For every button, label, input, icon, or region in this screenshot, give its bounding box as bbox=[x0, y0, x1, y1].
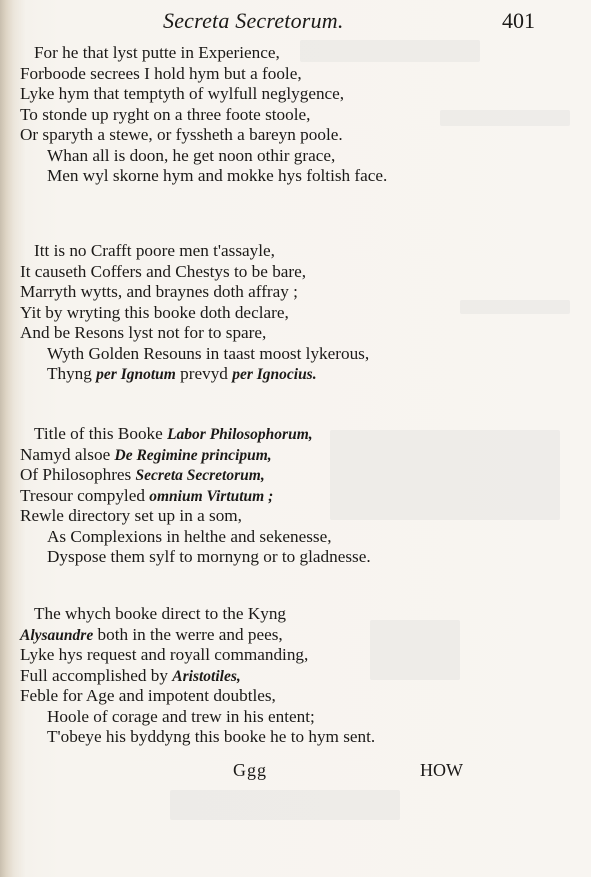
verse-line: Wyth Golden Resouns in taast moost lyker… bbox=[47, 344, 369, 364]
page-footer: Ggg HOW bbox=[0, 760, 591, 786]
verse-line: Men wyl skorne hym and mokke hys foltish… bbox=[47, 166, 387, 186]
verse-text: Itt is no Crafft poore men t'assayle, bbox=[34, 241, 275, 260]
verse-text: It causeth Coffers and Chestys to be bar… bbox=[20, 262, 306, 281]
verse-text: prevyd bbox=[176, 364, 232, 383]
running-title: Secreta Secretorum. bbox=[163, 8, 344, 34]
verse-text: T'obeye his byddyng this booke he to hym… bbox=[47, 727, 375, 746]
verse-text: Men wyl skorne hym and mokke hys foltish… bbox=[47, 166, 387, 185]
italic-latin-phrase: Secreta Secretorum, bbox=[136, 467, 265, 484]
verse-line: Title of this Booke Labor Philosophorum, bbox=[34, 424, 313, 445]
verse-text: To stonde up ryght on a three foote stoo… bbox=[20, 105, 310, 124]
verse-text: Rewle directory set up in a som, bbox=[20, 506, 242, 525]
verse-text: Feble for Age and impotent doubtles, bbox=[20, 686, 276, 705]
verse-text: Tresour compyled bbox=[20, 486, 149, 505]
italic-latin-phrase: omnium Virtutum ; bbox=[149, 488, 273, 505]
verse-text: The whych booke direct to the Kyng bbox=[34, 604, 286, 623]
verse-text: both in the werre and pees, bbox=[93, 625, 282, 644]
verse-line: To stonde up ryght on a three foote stoo… bbox=[20, 105, 310, 125]
verse-line: Thyng per Ignotum prevyd per Ignocius. bbox=[47, 364, 317, 385]
verse-line: Whan all is doon, he get noon othir grac… bbox=[47, 146, 335, 166]
verse-line: Full accomplished by Aristotiles, bbox=[20, 666, 241, 687]
verse-text: Of Philosophres bbox=[20, 465, 136, 484]
verse-text: And be Resons lyst not for to spare, bbox=[20, 323, 266, 342]
verse-text: For he that lyst putte in Experience, bbox=[34, 43, 280, 62]
verse-line: The whych booke direct to the Kyng bbox=[34, 604, 286, 624]
verse-text: Namyd alsoe bbox=[20, 445, 115, 464]
italic-latin-phrase: Alysaundre bbox=[20, 627, 93, 644]
verse-line: Feble for Age and impotent doubtles, bbox=[20, 686, 276, 706]
running-head: Secreta Secretorum. 401 bbox=[0, 4, 591, 38]
verse-line: Yit by wryting this booke doth declare, bbox=[20, 303, 289, 323]
signature-mark: Ggg bbox=[233, 760, 267, 781]
verse-text: Hoole of corage and trew in his entent; bbox=[47, 707, 315, 726]
verse-text: As Complexions in helthe and sekenesse, bbox=[47, 527, 332, 546]
verse-line: Or sparyth a stewe, or fyssheth a bareyn… bbox=[20, 125, 343, 145]
verse-line: Alysaundre both in the werre and pees, bbox=[20, 625, 283, 646]
verse-text: Forboode secrees I hold hym but a foole, bbox=[20, 64, 302, 83]
verse-line: Marryth wytts, and braynes doth affray ; bbox=[20, 282, 298, 302]
verse-text: Whan all is doon, he get noon othir grac… bbox=[47, 146, 335, 165]
page-number: 401 bbox=[502, 8, 535, 34]
verse-line: Hoole of corage and trew in his entent; bbox=[47, 707, 315, 727]
italic-latin-phrase: per Ignotum bbox=[96, 366, 176, 383]
verse-text: Title of this Booke bbox=[34, 424, 167, 443]
show-through-mark bbox=[440, 110, 570, 126]
verse-line: Forboode secrees I hold hym but a foole, bbox=[20, 64, 302, 84]
verse-line: Of Philosophres Secreta Secretorum, bbox=[20, 465, 265, 486]
italic-latin-phrase: Labor Philosophorum, bbox=[167, 426, 313, 443]
verse-line: Namyd alsoe De Regimine principum, bbox=[20, 445, 272, 466]
verse-line: T'obeye his byddyng this booke he to hym… bbox=[47, 727, 375, 747]
verse-line: Tresour compyled omnium Virtutum ; bbox=[20, 486, 273, 507]
catchword: HOW bbox=[420, 760, 463, 781]
verse-line: And be Resons lyst not for to spare, bbox=[20, 323, 266, 343]
verse-line: Itt is no Crafft poore men t'assayle, bbox=[34, 241, 275, 261]
verse-text: Lyke hym that temptyth of wylfull neglyg… bbox=[20, 84, 344, 103]
show-through-mark bbox=[460, 300, 570, 314]
verse-text: Wyth Golden Resouns in taast moost lyker… bbox=[47, 344, 369, 363]
verse-line: Rewle directory set up in a som, bbox=[20, 506, 242, 526]
verse-text: Dyspose them sylf to mornyng or to gladn… bbox=[47, 547, 371, 566]
book-page: Secreta Secretorum. 401 For he that lyst… bbox=[0, 0, 591, 877]
verse-line: It causeth Coffers and Chestys to be bar… bbox=[20, 262, 306, 282]
italic-latin-phrase: De Regimine principum, bbox=[115, 447, 272, 464]
verse-line: As Complexions in helthe and sekenesse, bbox=[47, 527, 332, 547]
verse-text: Full accomplished by bbox=[20, 666, 172, 685]
italic-latin-phrase: Aristotiles, bbox=[172, 668, 240, 685]
show-through-mark bbox=[330, 430, 560, 520]
show-through-mark bbox=[300, 40, 480, 62]
show-through-mark bbox=[370, 620, 460, 680]
verse-line: Dyspose them sylf to mornyng or to gladn… bbox=[47, 547, 371, 567]
verse-line: For he that lyst putte in Experience, bbox=[34, 43, 280, 63]
italic-latin-phrase: per Ignocius. bbox=[232, 366, 316, 383]
verse-line: Lyke hym that temptyth of wylfull neglyg… bbox=[20, 84, 344, 104]
verse-text: Lyke hys request and royall commanding, bbox=[20, 645, 308, 664]
verse-line: Lyke hys request and royall commanding, bbox=[20, 645, 308, 665]
show-through-mark bbox=[170, 790, 400, 820]
verse-text: Or sparyth a stewe, or fyssheth a bareyn… bbox=[20, 125, 343, 144]
verse-text: Yit by wryting this booke doth declare, bbox=[20, 303, 289, 322]
verse-text: Marryth wytts, and braynes doth affray ; bbox=[20, 282, 298, 301]
verse-text: Thyng bbox=[47, 364, 96, 383]
